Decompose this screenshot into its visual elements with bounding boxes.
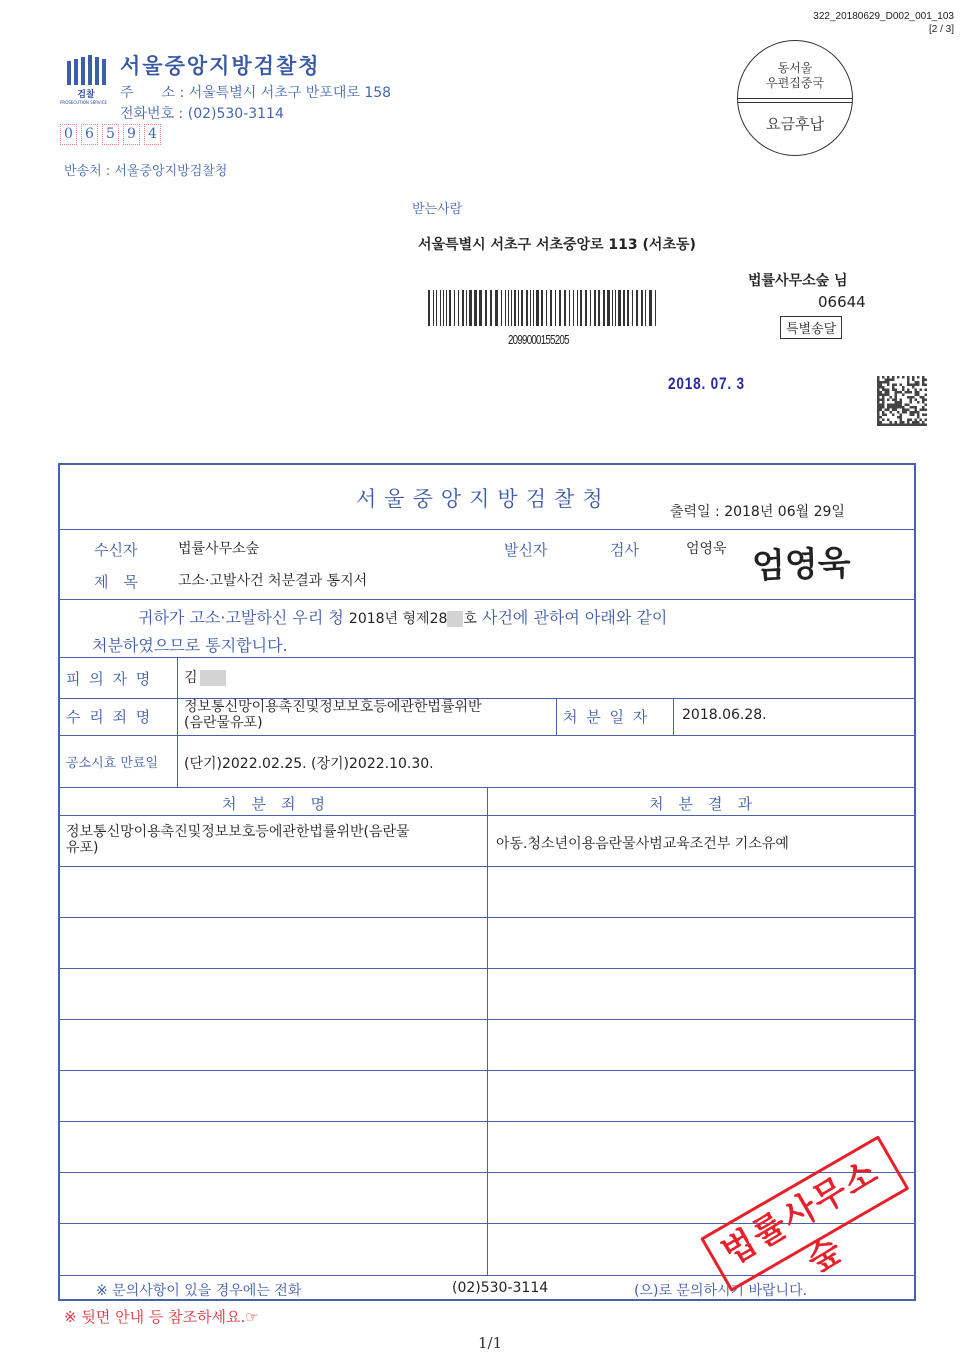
phone-value: (02)530-3114: [188, 106, 284, 122]
address-label: 주 소: [120, 85, 175, 101]
postage-divider: [738, 98, 852, 103]
barcode-number: 2099000155205: [508, 332, 569, 347]
phone-label: 전화번호: [120, 106, 174, 122]
sender-zip: 0 6 5 9 4: [60, 124, 161, 145]
redacted-case-number: [447, 611, 463, 627]
document-id: 322_20180629_D002_001_103 [2 / 3]: [813, 10, 954, 36]
return-value: 서울중앙지방검찰청: [114, 164, 227, 179]
notice-part1: 귀하가 고소·고발하신 우리 청: [138, 608, 344, 627]
zip-digit: 6: [81, 124, 98, 145]
receiver-label: 수신자: [94, 539, 137, 560]
form-title: 서울중앙지방검찰청: [356, 483, 611, 513]
suspect-label: 피 의 자 명: [66, 668, 152, 689]
address-value: 서울특별시 서초구 반포대로 158: [189, 85, 391, 101]
recipient-zip: 06644: [818, 293, 866, 311]
disposition-date-label: 처 분 일 자: [563, 706, 649, 727]
prosecutor-signature: 엄영욱: [751, 535, 851, 587]
subject-label: 제 목: [94, 571, 138, 592]
zip-digit: 4: [144, 124, 161, 145]
sender-address: 주 소 : 서울특별시 서초구 반포대로 158: [120, 82, 391, 102]
disposition-date-value: 2018.06.28.: [682, 707, 767, 723]
notice-line-1: 귀하가 고소·고발하신 우리 청 2018년 형제28호 사건에 관하여 아래와…: [138, 605, 667, 628]
datamatrix-code-icon: [876, 376, 928, 426]
receipt-date-stamp: 2018. 07. 3: [668, 374, 745, 394]
case-number: 2018년 형제28호: [349, 611, 477, 627]
limitation-label: 공소시효 만료일: [66, 752, 158, 771]
header-charge: 처 분 죄 명: [60, 793, 487, 814]
charge-label: 수 리 죄 명: [66, 706, 152, 727]
logo-subtext: PROSECUTION SERVICE: [60, 100, 106, 105]
prosecution-logo: 검찰 PROSECUTION SERVICE: [66, 55, 106, 105]
header-result: 처 분 결 과: [487, 793, 914, 814]
recipient-name: 법률사무소숲 님: [748, 270, 848, 290]
logo-bars-icon: [66, 55, 106, 85]
recipient-address: 서울특별시 서초구 서초중앙로 113 (서초동): [418, 234, 696, 254]
footnote: ※ 뒷면 안내 등 참조하세요.☞: [64, 1306, 259, 1327]
charge-line2: (음란물유포): [184, 715, 482, 731]
zip-digit: 5: [102, 124, 119, 145]
suspect-name: 김: [184, 667, 226, 687]
prosecutor-name: 엄영욱: [686, 538, 727, 558]
table-row-charge: 정보통신망이용촉진및정보보호등에관한법률위반(음란물 유포): [66, 824, 410, 856]
notice-line-2: 처분하였으므로 통지합니다.: [92, 633, 288, 656]
document-id-text: 322_20180629_D002_001_103: [813, 10, 954, 23]
notice-part2: 사건에 관하여 아래와 같이: [482, 608, 667, 627]
sender-phone: 전화번호 : (02)530-3114: [120, 103, 284, 123]
sender-name: 서울중앙지방검찰청: [120, 50, 321, 80]
suspect-name-text: 김: [184, 670, 198, 686]
zip-digit: 9: [123, 124, 140, 145]
prosecutor-label: 검사: [610, 539, 639, 560]
postage-office: 동서울 우편집중국: [738, 61, 852, 91]
logo-text: 검찰: [66, 87, 106, 100]
print-date: 출력일 : 2018년 06월 29일: [670, 501, 845, 521]
postage-office-line1: 동서울: [738, 61, 852, 76]
postage-mark: 동서울 우편집중국 요금후납: [737, 40, 853, 156]
barcode: [428, 290, 662, 326]
recipient-label: 받는사람: [412, 198, 462, 217]
delivery-type-badge: 특별송달: [780, 316, 842, 339]
case-number-suffix: 호: [463, 611, 477, 627]
case-number-prefix: 2018년 형제28: [349, 611, 447, 627]
limitation-value: (단기)2022.02.25. (장기)2022.10.30.: [184, 753, 434, 773]
contact-text-1: ※ 문의사항이 있을 경우에는 전화: [96, 1280, 301, 1300]
subject-value: 고소·고발사건 처분결과 통지서: [178, 570, 367, 590]
row-charge-line1: 정보통신망이용촉진및정보보호등에관한법률위반(음란물: [66, 824, 410, 840]
sender-label: 발신자: [504, 539, 547, 560]
charge-line1: 정보통신망이용촉진및정보보호등에관한법률위반: [184, 699, 482, 715]
contact-phone: (02)530-3114: [452, 1280, 548, 1296]
document-page: [2 / 3]: [813, 23, 954, 36]
return-label: 반송처: [64, 164, 102, 179]
return-address: 반송처 : 서울중앙지방검찰청: [64, 160, 227, 179]
print-date-label: 출력일: [670, 504, 711, 520]
receiver-value: 법률사무소숲: [178, 538, 259, 558]
page-number: 1/1: [478, 1334, 502, 1352]
redacted-suspect-name: [200, 670, 226, 686]
row-charge-line2: 유포): [66, 840, 410, 856]
table-row-result: 아동.청소년이용음란물사범교육조건부 기소유예: [496, 833, 789, 853]
print-date-value: 2018년 06월 29일: [724, 504, 845, 520]
zip-digit: 0: [60, 124, 77, 145]
charge-value: 정보통신망이용촉진및정보보호등에관한법률위반 (음란물유포): [184, 699, 482, 731]
postage-fee-type: 요금후납: [738, 113, 852, 134]
postage-office-line2: 우편집중국: [738, 76, 852, 91]
